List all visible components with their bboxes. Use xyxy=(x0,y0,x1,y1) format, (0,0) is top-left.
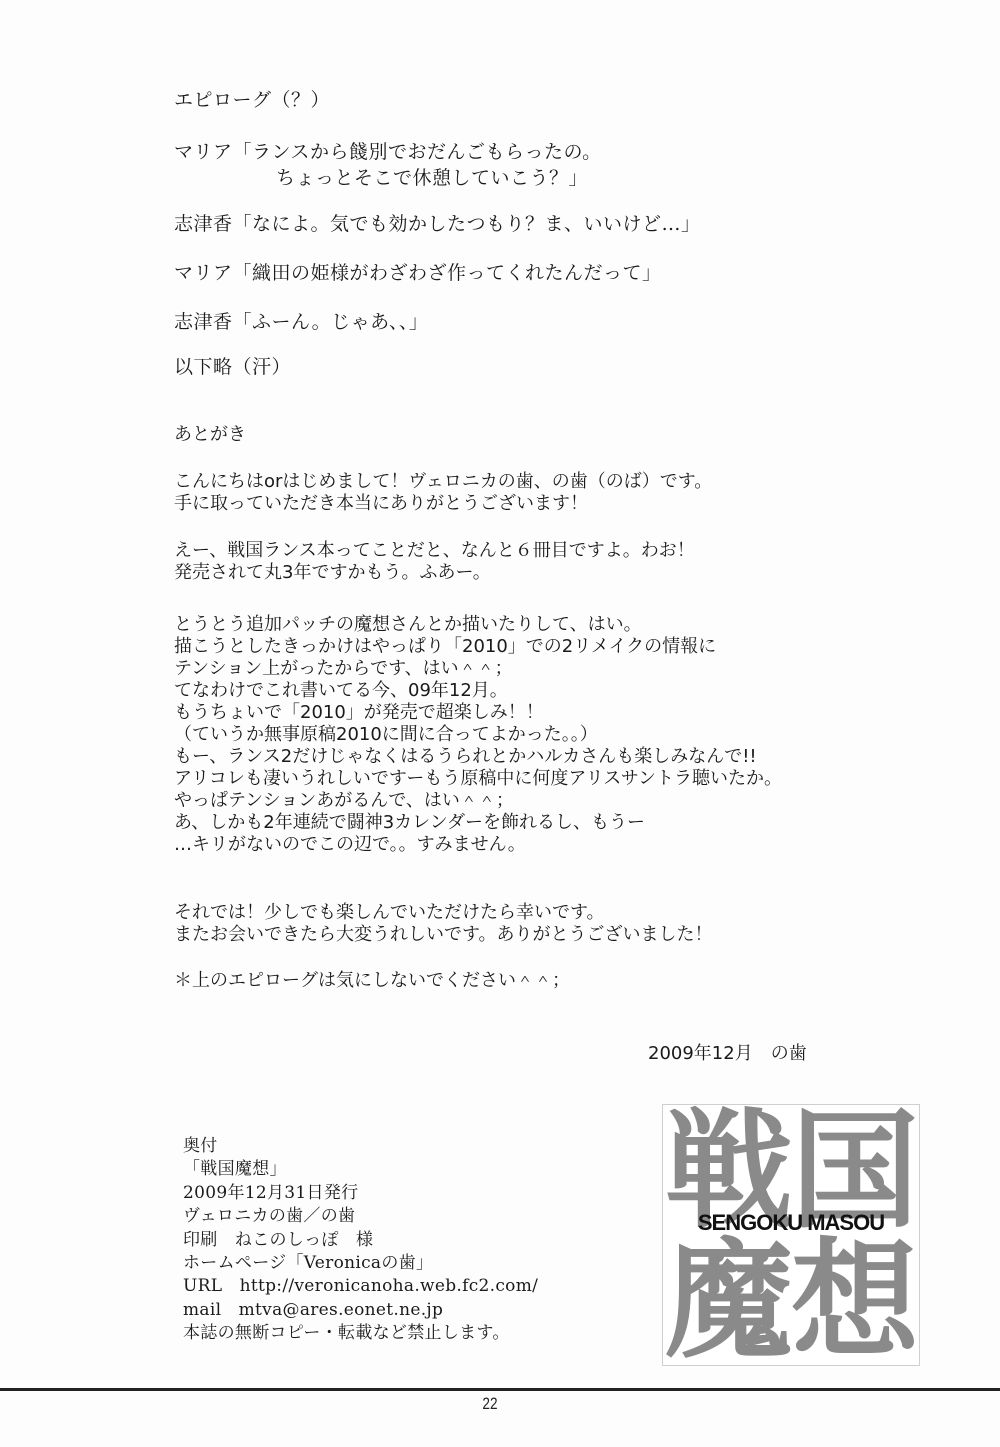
colophon-printer: 印刷 ねこのしっぽ 様 xyxy=(183,1229,538,1252)
speaker: 志津香 xyxy=(174,213,233,235)
dialogue-line: マリア「織田の姫様がわざわざ作ってくれたんだって」 xyxy=(174,261,662,285)
footer-rule xyxy=(0,1388,1000,1391)
speaker: マリア xyxy=(174,141,233,163)
dialogue-text: 「なによ。気でも効かしたつもり？ま、いいけど…」 xyxy=(233,213,701,235)
afterword-paragraph: こんにちはorはじめまして！ヴェロニカの歯、の歯（のば）です。 手に取っていただ… xyxy=(174,471,712,515)
afterword-note: ＊上のエピローグは気にしないでください＾＾； xyxy=(174,970,570,992)
logo-english-title: SENGOKU MASOU xyxy=(663,1210,919,1236)
dialogue-line: マリア「ランスから餞別でおだんごもらったの。 ちょっとそこで休憩していこう？」 xyxy=(174,140,602,190)
afterword-title: あとがき xyxy=(174,424,246,446)
dialogue-text: 「ふーん。じゃあ、、」 xyxy=(233,311,429,333)
afterword-paragraph: とうとう追加パッチの魔想さんとか描いたりして、はい。 描こうとしたきっかけはやっ… xyxy=(174,614,782,856)
speaker: 志津香 xyxy=(174,311,233,333)
colophon: 奥付 「戦国魔想」 2009年12月31日発行 ヴェロニカの歯／の歯 印刷 ねこ… xyxy=(183,1135,538,1346)
dialogue-text: 「織田の姫様がわざわざ作ってくれたんだって」 xyxy=(233,262,662,284)
epilogue-section: エピローグ（？） xyxy=(174,88,330,112)
epilogue-title: エピローグ（？） xyxy=(174,88,330,112)
page-number: 22 xyxy=(98,1394,882,1414)
colophon-title: 「戦国魔想」 xyxy=(183,1158,538,1181)
afterword-paragraph: えー、戦国ランス本ってことだと、なんと６冊目ですよ。わお！ 発売されて丸3年です… xyxy=(174,540,695,584)
colophon-url: URL http://veronicanoha.web.fc2.com/ xyxy=(183,1275,538,1298)
title-logo: 戦 国 魔 想 SENGOKU MASOU xyxy=(662,1104,920,1366)
colophon-date: 2009年12月31日発行 xyxy=(183,1182,538,1205)
dialogue-line: 志津香「なによ。気でも効かしたつもり？ま、いいけど…」 xyxy=(174,212,701,236)
dialogue-text: 「ランスから餞別でおだんごもらったの。 xyxy=(233,141,602,163)
logo-kanji: 想 xyxy=(791,1237,919,1365)
dialogue-text: ちょっとそこで休憩していこう？」 xyxy=(174,166,602,190)
colophon-copyright: 本誌の無断コピー・転載など禁止します。 xyxy=(183,1322,538,1345)
afterword-paragraph: それでは！少しでも楽しんでいただけたら幸いです。 またお会いできたら大変うれしい… xyxy=(174,902,713,946)
logo-kanji: 魔 xyxy=(665,1237,793,1365)
colophon-author: ヴェロニカの歯／の歯 xyxy=(183,1205,538,1228)
colophon-homepage: ホームページ「Veronicaの歯」 xyxy=(183,1252,538,1275)
signature: 2009年12月 の歯 xyxy=(648,1043,807,1065)
dialogue-line: 志津香「ふーん。じゃあ、、」 xyxy=(174,310,428,334)
epilogue-omitted: 以下略（汗） xyxy=(174,355,291,379)
speaker: マリア xyxy=(174,262,233,284)
colophon-mail: mail mtva@ares.eonet.ne.jp xyxy=(183,1299,538,1322)
colophon-heading: 奥付 xyxy=(183,1135,538,1158)
